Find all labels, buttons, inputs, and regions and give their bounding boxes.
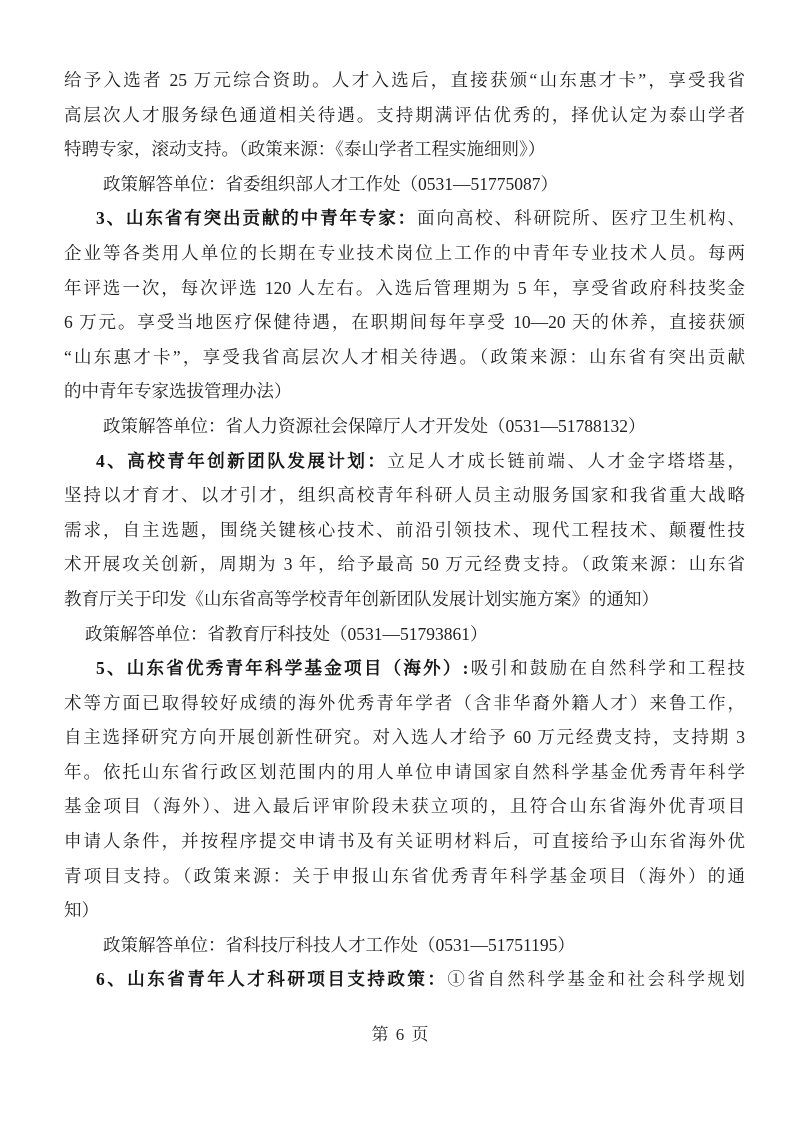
text-line: “山东惠才卡”，享受我省高层次人才相关待遇。（政策来源：山东省有突出贡献	[64, 340, 745, 375]
text-line: 6、山东省青年人才科研项目支持政策：①省自然科学基金和社会科学规划	[64, 962, 745, 997]
text-line: 术开展攻关创新，周期为 3 年，给予最高 50 万元经费支持。（政策来源：山东省	[64, 547, 745, 582]
text-line: 政策解答单位：省教育厅科技处（0531—51793861）	[64, 617, 745, 652]
text-line: 政策解答单位：省委组织部人才工作处（0531—51775087）	[64, 167, 745, 202]
text-line: 坚持以才育才、以才引才，组织高校青年科研人员主动服务国家和我省重大战略	[64, 478, 745, 513]
text-line: 政策解答单位：省科技厅科技人才工作处（0531—51751195）	[64, 928, 745, 963]
text-line: 需求，自主选题，围绕关键核心技术、前沿引领技术、现代工程技术、颠覆性技	[64, 513, 745, 548]
text-line: 5、山东省优秀青年科学基金项目（海外）:吸引和鼓励在自然科学和工程技	[64, 651, 745, 686]
text-line: 4、高校青年创新团队发展计划：立足人才成长链前端、人才金字塔塔基，	[64, 444, 745, 479]
paragraph-heading: 5、山东省优秀青年科学基金项目（海外）:	[96, 658, 468, 678]
document-body: 给予入选者 25 万元综合资助。人才入选后，直接获颁“山东惠才卡”，享受我省高层…	[64, 63, 745, 997]
text-line: 的中青年专家选拔管理办法）	[64, 374, 745, 409]
paragraph-heading: 6、山东省青年人才科研项目支持政策：	[96, 969, 447, 989]
text-line: 教育厅关于印发《山东省高等学校青年创新团队发展计划实施方案》的通知）	[64, 582, 745, 617]
paragraph-heading: 4、高校青年创新团队发展计划：	[96, 451, 387, 471]
text-line: 6 万元。享受当地医疗保健待遇，在职期间每年享受 10—20 天的休养，直接获颁	[64, 305, 745, 340]
text-line: 知）	[64, 893, 745, 928]
text-line: 青项目支持。（政策来源：关于申报山东省优秀青年科学基金项目（海外）的通	[64, 859, 745, 894]
paragraph-heading: 3、山东省有突出贡献的中青年专家：	[96, 208, 417, 228]
text-line: 高层次人才服务绿色通道相关待遇。支持期满评估优秀的，择优认定为泰山学者	[64, 98, 745, 133]
text-line: 基金项目（海外）、进入最后评审阶段未获立项的，且符合山东省海外优青项目	[64, 789, 745, 824]
text-line: 年评选一次，每次评选 120 人左右。入选后管理期为 5 年，享受省政府科技奖金	[64, 271, 745, 306]
text-line: 特聘专家，滚动支持。（政策来源：《泰山学者工程实施细则》）	[64, 132, 745, 167]
text-line: 自主选择研究方向开展创新性研究。对入选人才给予 60 万元经费支持，支持期 3	[64, 720, 745, 755]
text-line: 企业等各类用人单位的长期在专业技术岗位上工作的中青年专业技术人员。每两	[64, 236, 745, 271]
text-line: 给予入选者 25 万元综合资助。人才入选后，直接获颁“山东惠才卡”，享受我省	[64, 63, 745, 98]
text-line: 年。依托山东省行政区划范围内的用人单位申请国家自然科学基金优秀青年科学	[64, 755, 745, 790]
text-line: 3、山东省有突出贡献的中青年专家：面向高校、科研院所、医疗卫生机构、	[64, 201, 745, 236]
text-line: 政策解答单位：省人力资源社会保障厅人才开发处（0531—51788132）	[64, 409, 745, 444]
text-line: 申请人条件，并按程序提交申请书及有关证明材料后，可直接给予山东省海外优	[64, 824, 745, 859]
text-line: 术等方面已取得较好成绩的海外优秀青年学者（含非华裔外籍人才）来鲁工作，	[64, 686, 745, 721]
document-page: 给予入选者 25 万元综合资助。人才入选后，直接获颁“山东惠才卡”，享受我省高层…	[0, 0, 800, 1137]
page-number: 第 6 页	[0, 1024, 800, 1046]
